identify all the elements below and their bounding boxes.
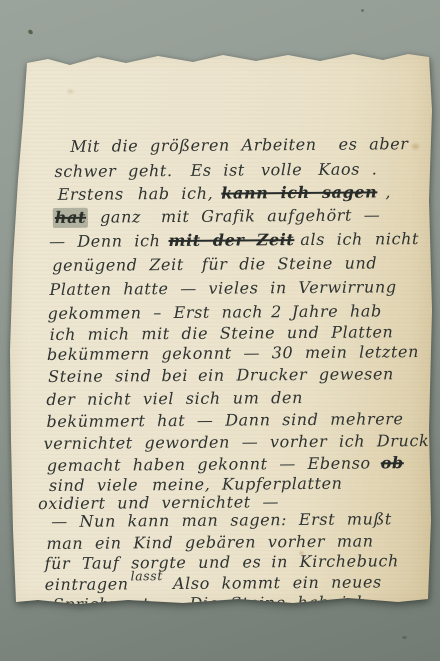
manuscript-line: man ein Kind gebären vorher man [46, 531, 373, 554]
handwritten-text: bekümmert hat — Dann sind mehrere [46, 409, 403, 432]
manuscript-line: gemacht haben gekonnt — Ebensoob [47, 453, 404, 476]
handwritten-text: nicht [375, 229, 419, 249]
handwritten-text: sagen: Erst mußt [230, 509, 392, 530]
crossed-out-text: hat [53, 208, 88, 228]
handwritten-text: — Nun kann man [51, 511, 218, 532]
handwritten-text: schwer geht. [54, 161, 172, 182]
handwritten-text: Steine sind [48, 366, 151, 387]
manuscript-line: Erstenshab ich,kann ich sagen, [58, 182, 392, 205]
handwritten-text: eintragen [45, 574, 129, 595]
manuscript-lines: Mit die größeren Arbeitenes aberschwer g… [8, 47, 436, 606]
handwritten-text: dann vernichtet — [154, 629, 326, 650]
photo-background: Mit die größeren Arbeitenes aberschwer g… [0, 0, 440, 661]
manuscript-line: gekommen – Erst nach2Jahre hab [48, 301, 382, 324]
handwritten-text: man ein Kind gebären vorher man [46, 531, 373, 554]
manuscript-line: für Tauf sorgte und esin Kirchebuch [44, 551, 399, 574]
handwritten-text: ein neues [293, 572, 382, 593]
manuscript-line: ein- gekauft und bei uns aufgehoben [46, 612, 394, 635]
manuscript-line: Sprichwort — Die Steine hab ich [53, 593, 367, 615]
handwritten-text: in Kirchebuch [271, 551, 399, 572]
letter-paper: Mit die größeren Arbeitenes aberschwer g… [0, 0, 440, 661]
manuscript-line: der nicht viel sichum den [46, 388, 303, 410]
paper-sheet: Mit die größeren Arbeitenes aberschwer g… [8, 50, 432, 606]
crossed-out-text: mit der Zeit [168, 230, 294, 251]
crossed-out-text: ob [381, 453, 404, 473]
handwritten-text: es aber [339, 134, 409, 155]
handwritten-text: Kaos . [318, 159, 377, 179]
manuscript-line: bekümmert hat — Dann sind mehrere [46, 409, 403, 432]
handwritten-text: für die Steine und [202, 253, 378, 274]
handwritten-text: , [385, 182, 391, 202]
handwritten-text: bekümmern gekonnt — 30 mein letzten [47, 342, 419, 365]
handwritten-text: Erstens [58, 184, 124, 205]
handwritten-text: volle [261, 160, 303, 180]
handwritten-text: ein Drucker gewesen [198, 364, 394, 386]
manuscript-line: Platten hatte — vieles in Verwirrung [49, 277, 396, 300]
crossed-out-text: Mehrere [65, 630, 146, 651]
manuscript-line: —Mehreredann vernichtet — [40, 629, 326, 651]
handwritten-text: — [40, 631, 57, 651]
manuscript-line: — Denn ichmit der Zeitals ichnicht [49, 229, 419, 252]
crossed-out-text: kann ich sagen [221, 182, 377, 203]
handwritten-text: Jahre hab [292, 301, 382, 322]
handwritten-text: Es ist [191, 160, 245, 180]
handwritten-text: bei [161, 366, 188, 386]
handwritten-text: gemacht haben gekonnt — Ebenso [47, 453, 371, 476]
handwritten-text: mit Grafik aufgehört — [161, 205, 381, 227]
handwritten-text: der nicht viel sich [46, 389, 221, 410]
inserted-text: lasst [131, 566, 163, 586]
handwritten-text: genügend Zeit [52, 255, 184, 276]
handwritten-text: ganz [100, 207, 141, 227]
manuscript-line: Steine sindbeiein Drucker gewesen [48, 364, 394, 387]
handwritten-text: ich mich mit die Steine und Platten [50, 322, 394, 345]
handwritten-text: ein- gekauft und bei uns aufgehoben [46, 612, 394, 635]
manuscript-line: schwer geht.Es istvolleKaos . [54, 159, 377, 182]
handwritten-text: Mit die größeren Arbeiten [70, 135, 317, 157]
handwritten-text: Also kommt [173, 573, 281, 594]
manuscript-line: genügend Zeitfür die Steine und [52, 253, 377, 276]
manuscript-line: hatganzmit Grafik aufgehört — [53, 205, 381, 228]
manuscript-line: — Nun kann mansagen: Erst mußt [51, 509, 392, 532]
handwritten-text: hab ich, [138, 184, 214, 205]
manuscript-line: Mit die größeren Arbeitenes aber [70, 134, 408, 157]
manuscript-line: ich mich mit die Steine und Platten [50, 322, 394, 345]
handwritten-text: gekommen – Erst nach [48, 302, 264, 324]
handwritten-text: Sprichwort — Die Steine hab ich [53, 593, 367, 615]
handwritten-text: um den [233, 388, 303, 409]
handwritten-text: als ich [300, 230, 363, 250]
handwritten-text: Platten hatte — vieles in Verwirrung [49, 277, 396, 300]
handwritten-text: 2 [271, 302, 282, 322]
handwritten-text: — Denn ich [49, 231, 161, 252]
manuscript-line: vernichtet geworden — vorher ich Drucke [44, 431, 440, 454]
handwritten-text: vernichtet geworden — vorher ich Drucke [44, 431, 440, 454]
manuscript-line: bekümmern gekonnt — 30 mein letzten [47, 342, 419, 365]
